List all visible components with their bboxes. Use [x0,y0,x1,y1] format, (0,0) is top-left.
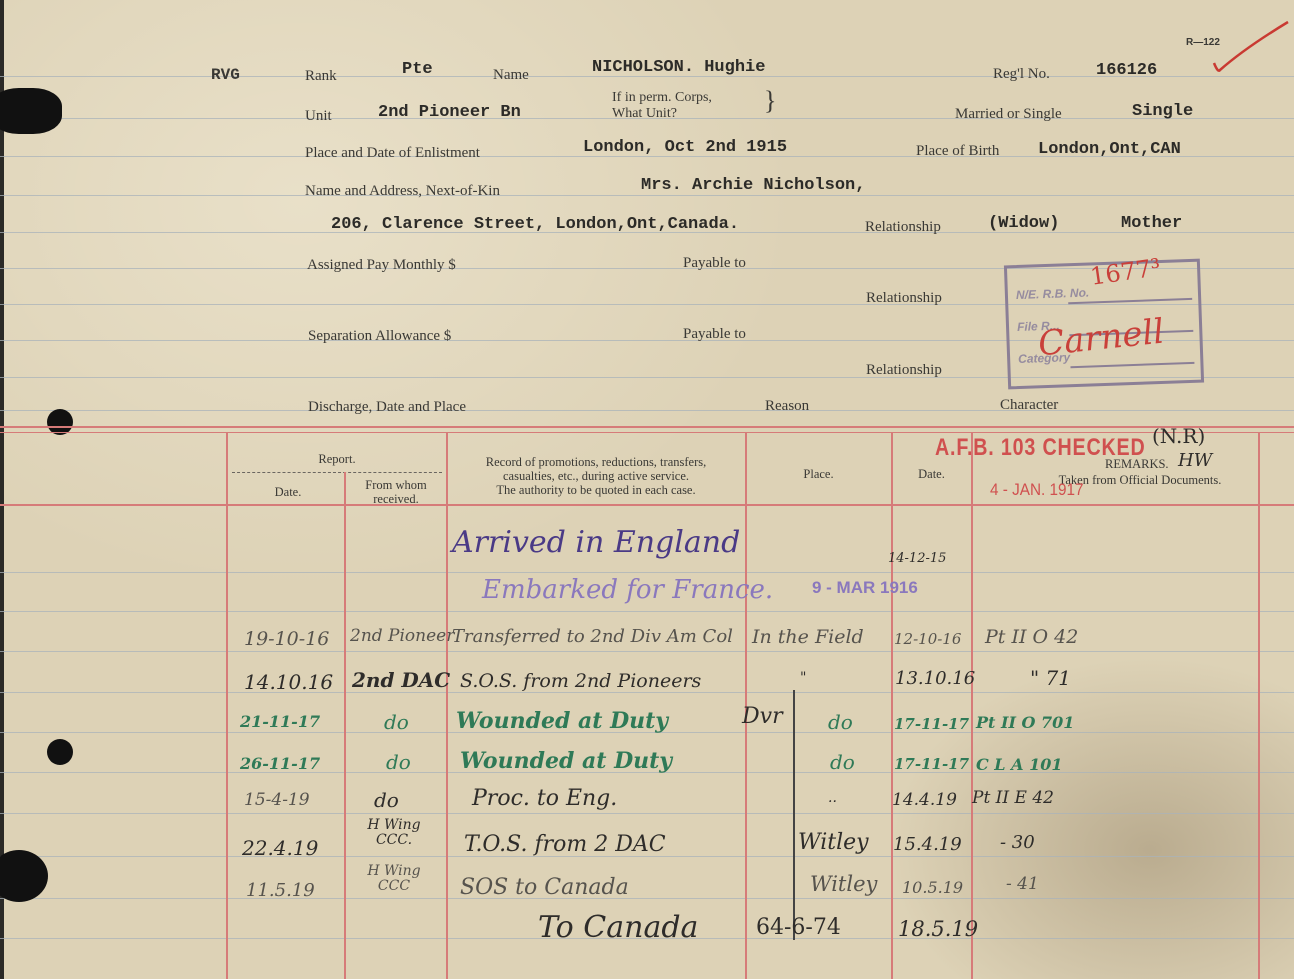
relationship-label-2: Relationship [866,290,942,307]
pencil-divider [793,690,795,940]
payable-to-label-2: Payable to [683,326,746,343]
row-place: In the Field [752,626,864,648]
from-whom-header-1: From whom [346,478,446,492]
table-header-rule [0,504,1294,506]
punch-hole [47,739,73,765]
ruled-line [0,410,1294,411]
regl-no-label: Reg'l No. [993,66,1050,83]
row-from: 2nd DAC [352,668,450,692]
row-record: Wounded at Duty [456,708,668,734]
row-date: 14.10.16 [244,670,333,694]
row-date: 21-11-17 [240,712,320,731]
ruled-line [0,692,1294,693]
record-header-3: The authority to be quoted in each case. [447,483,745,497]
column-rule [344,472,346,979]
column-rule [1258,432,1260,979]
arrived-england-stamp: Arrived in England [452,525,740,560]
assigned-pay-label: Assigned Pay Monthly $ [307,257,456,274]
row-record: Wounded at Duty [460,748,672,774]
row-date2: 18.5.19 [898,917,978,941]
punch-hole [0,850,48,902]
row-date: 19-10-16 [244,628,329,650]
row-place: do [830,750,855,774]
relationship-value: Mother [1121,214,1182,233]
row-remarks: " 71 [1030,666,1071,690]
reason-label: Reason [765,398,809,415]
row-record: Proc. to Eng. [472,786,617,811]
date2-header: Date. [892,467,971,481]
character-label: Character [1000,397,1058,414]
row-date: 11.5.19 [246,880,315,901]
ruled-line [0,898,1294,899]
rank-label: Rank [305,68,337,85]
row-date: 26-11-17 [240,754,320,773]
row-place: Witley [798,830,869,855]
row-from: H Wing CCC. [354,818,434,848]
row-date2: 10.5.19 [902,878,963,897]
separation-label: Separation Allowance $ [308,328,451,345]
row-remarks: - 41 [1006,874,1039,894]
ruled-line [0,813,1294,814]
row-record: T.O.S. from 2 DAC [464,832,666,857]
row-place: .. [828,790,837,806]
name-value: NICHOLSON. Hughie [592,58,765,77]
column-rule [446,432,448,979]
row-record: S.O.S. from 2nd Pioneers [460,670,701,692]
row-date2: 17-11-17 [894,755,969,773]
row-place-note: Dvr [742,704,783,729]
embarked-france-stamp: Embarked for France. [482,575,773,605]
row-date: 15-4-19 [244,790,310,810]
column-rule [971,432,973,979]
relationship-label-3: Relationship [866,362,942,379]
row-date2: 15.4.19 [893,834,962,855]
enlistment-label: Place and Date of Enlistment [305,145,480,162]
married-value: Single [1132,102,1193,121]
record-header-2: casualties, etc., during active service. [447,469,745,483]
record-header-1: Record of promotions, reductions, transf… [447,455,745,469]
brace: } [764,86,776,116]
punch-hole [0,88,62,134]
stamp-line-nerb: N/E. R.B. No. [1016,286,1090,303]
regl-no-value: 166126 [1096,61,1157,80]
nok-name: Mrs. Archie Nicholson, [641,176,865,195]
column-rule [891,432,893,979]
what-unit-label: What Unit? [612,106,677,122]
row-record: Transferred to 2nd Div Am Col [452,626,733,647]
row-place: 64-6-74 [756,915,841,940]
card-prefix: RVG [211,66,240,84]
table-top-rule [0,426,1294,428]
ruled-line [0,195,1294,196]
table-top-rule [0,432,1294,433]
row-date2: 12-10-16 [894,630,961,648]
ruled-line [0,651,1294,652]
row-from: do [384,710,409,734]
row-date: 22.4.19 [242,836,318,860]
relationship-note: (Widow) [988,214,1059,233]
discharge-label: Discharge, Date and Place [308,399,466,416]
column-rule [226,432,228,979]
card-edge [0,0,4,979]
row-place: do [828,710,853,734]
row-remarks: Pt II E 42 [972,788,1054,808]
birth-value: London,Ont,CAN [1038,140,1181,159]
ruled-line [0,611,1294,612]
report-divider [232,472,442,473]
relationship-label: Relationship [865,219,941,236]
row-date2: 13.10.16 [895,668,975,689]
row-remarks: C L A 101 [976,755,1063,774]
row-record: SOS to Canada [460,875,629,900]
name-label: Name [493,67,529,84]
stamp-rule [1070,362,1194,368]
row-from: 2nd Pioneer [350,626,454,646]
row-from: do [374,788,399,812]
unit-label: Unit [305,108,332,125]
enlistment-value: London, Oct 2nd 1915 [583,138,787,157]
married-label: Married or Single [955,106,1062,123]
row-remarks: Pt II O 42 [985,626,1078,648]
row-from: H Wing CCC [354,864,434,894]
rank-value: Pte [402,60,433,79]
date-header: Date. [232,485,344,499]
perm-corps-label: If in perm. Corps, [612,90,712,106]
report-header: Report. [232,452,442,466]
ruled-line [0,572,1294,573]
nr-annotation: (N.R) [1152,424,1205,448]
check-mark-icon [1210,18,1290,78]
row-place: Witley [810,872,877,896]
row-record: To Canada [538,910,698,945]
embarked-date-stamp: 9 - MAR 1916 [812,578,918,598]
nok-address: 206, Clarence Street, London,Ont,Canada. [331,215,739,234]
afb-checked-stamp: A.F.B. 103 CHECKED [935,434,1146,462]
payable-to-label: Payable to [683,255,746,272]
row-from: do [386,750,411,774]
unit-value: 2nd Pioneer Bn [378,103,521,122]
birth-label: Place of Birth [916,143,999,160]
afb-date-stamp: 4 - JAN. 1917 [990,480,1084,500]
arrived-date: 14-12-15 [888,551,946,566]
initials-annotation: HW [1178,450,1212,471]
row-remarks: - 30 [1000,832,1035,853]
row-place: " [800,670,806,686]
service-record-card: R—122 RVG Rank Pte Name NICHOLSON. Hughi… [0,0,1294,979]
place-header: Place. [746,467,891,481]
nok-label: Name and Address, Next-of-Kin [305,183,500,200]
from-whom-header-2: received. [346,492,446,506]
row-remarks: Pt II O 701 [976,713,1074,732]
row-date2: 17-11-17 [894,715,969,733]
row-date2: 14.4.19 [892,790,957,810]
